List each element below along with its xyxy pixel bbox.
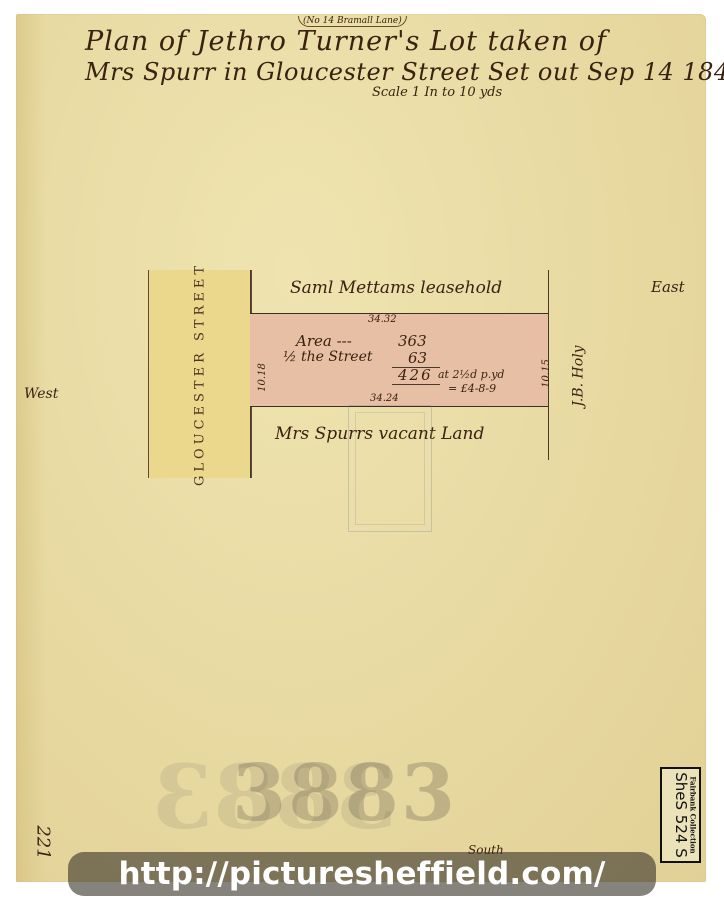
area-value: 363 bbox=[398, 332, 427, 350]
collection-reference: SheS 524 S bbox=[672, 772, 690, 857]
fairbank-collection-label: SheS 524 S Fairbank Collection bbox=[660, 767, 701, 863]
title-line-1: Plan of Jethro Turner's Lot taken of bbox=[85, 26, 607, 57]
compass-west: West bbox=[24, 386, 58, 402]
half-street-label: ½ the Street bbox=[283, 349, 373, 365]
scale-note: Scale 1 In to 10 yds bbox=[372, 85, 502, 100]
lot-left-dimension: 10.18 bbox=[257, 363, 268, 392]
lot-bottom-dimension: 34.24 bbox=[370, 393, 399, 404]
title-line-2: Mrs Spurr in Gloucester Street Set out S… bbox=[85, 58, 724, 86]
street-label: GLOUCESTER STREET bbox=[193, 262, 208, 486]
faint-library-stamp bbox=[348, 405, 432, 532]
lot-top-dimension: 34.32 bbox=[368, 314, 397, 325]
gloucester-street-strip: GLOUCESTER STREET bbox=[148, 270, 252, 478]
total-value: 426 bbox=[398, 366, 433, 384]
catalogue-number: 221 bbox=[33, 825, 54, 859]
area-label: Area --- bbox=[296, 332, 352, 350]
collection-name: Fairbank Collection bbox=[688, 776, 697, 853]
paper-shading bbox=[16, 14, 46, 882]
total-underline bbox=[392, 384, 440, 385]
ghost-stamp-number: 3883 bbox=[232, 748, 457, 839]
half-street-value: 63 bbox=[408, 349, 427, 367]
price-total: = £4-8-9 bbox=[448, 382, 496, 395]
lot-right-dimension: 10.15 bbox=[541, 359, 552, 388]
price-rate: at 2½d p.yd bbox=[438, 368, 504, 381]
north-neighbour-label: Saml Mettams leasehold bbox=[290, 278, 502, 298]
website-watermark: http://picturesheffield.com/ bbox=[68, 852, 656, 896]
compass-east: East bbox=[651, 278, 685, 296]
east-neighbour-label: J.B. Holy bbox=[571, 345, 587, 406]
